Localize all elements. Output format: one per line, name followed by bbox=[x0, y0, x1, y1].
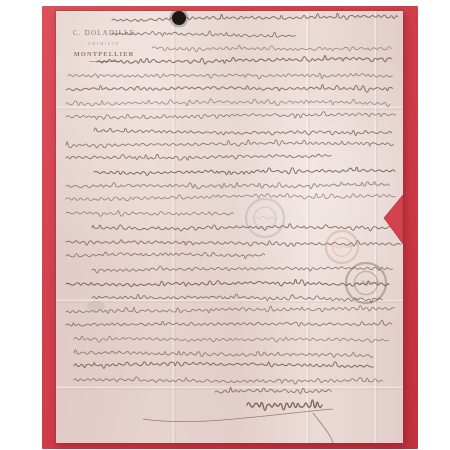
handwriting-line bbox=[94, 167, 395, 175]
handwriting-line bbox=[66, 306, 394, 314]
handwriting-line bbox=[152, 45, 391, 51]
handwriting-layer bbox=[56, 11, 403, 443]
handwriting-line bbox=[66, 182, 389, 189]
handwriting-line bbox=[66, 194, 395, 201]
handwriting-line bbox=[74, 336, 389, 342]
handwriting-line bbox=[112, 13, 398, 21]
handwriting-line bbox=[112, 31, 295, 37]
handwriting-line bbox=[66, 99, 390, 107]
signature-flourish bbox=[143, 409, 333, 422]
handwriting-line bbox=[94, 128, 392, 136]
handwriting-line bbox=[66, 154, 331, 160]
postmark-text bbox=[256, 216, 277, 218]
handwriting-line bbox=[66, 252, 265, 259]
backdrop-wedge-notch bbox=[384, 195, 403, 244]
letter-photo-page: C. DOLADILLE CHIMISTE MONTPELLIER bbox=[0, 0, 450, 450]
handwriting-line bbox=[66, 140, 393, 148]
handwriting-line bbox=[74, 350, 373, 357]
handwriting-line bbox=[92, 294, 383, 303]
handwriting-line bbox=[66, 279, 389, 286]
handwriting-line bbox=[97, 56, 391, 64]
handwriting-line bbox=[74, 377, 382, 384]
ink-smudge bbox=[87, 301, 105, 312]
signature-tail bbox=[313, 413, 334, 443]
handwriting-line bbox=[68, 73, 392, 78]
handwriting-line bbox=[66, 211, 233, 217]
red-backdrop: C. DOLADILLE CHIMISTE MONTPELLIER bbox=[42, 6, 418, 449]
handwriting-line bbox=[66, 320, 392, 326]
handwriting-line bbox=[74, 362, 373, 369]
closing-line bbox=[215, 387, 331, 393]
letter-paper: C. DOLADILLE CHIMISTE MONTPELLIER bbox=[56, 11, 403, 443]
handwriting-line bbox=[92, 224, 391, 231]
handwriting-line bbox=[92, 266, 393, 273]
handwriting-line bbox=[66, 84, 393, 92]
ink-blot bbox=[172, 11, 186, 25]
handwriting-line bbox=[66, 112, 396, 120]
signature bbox=[247, 400, 322, 410]
